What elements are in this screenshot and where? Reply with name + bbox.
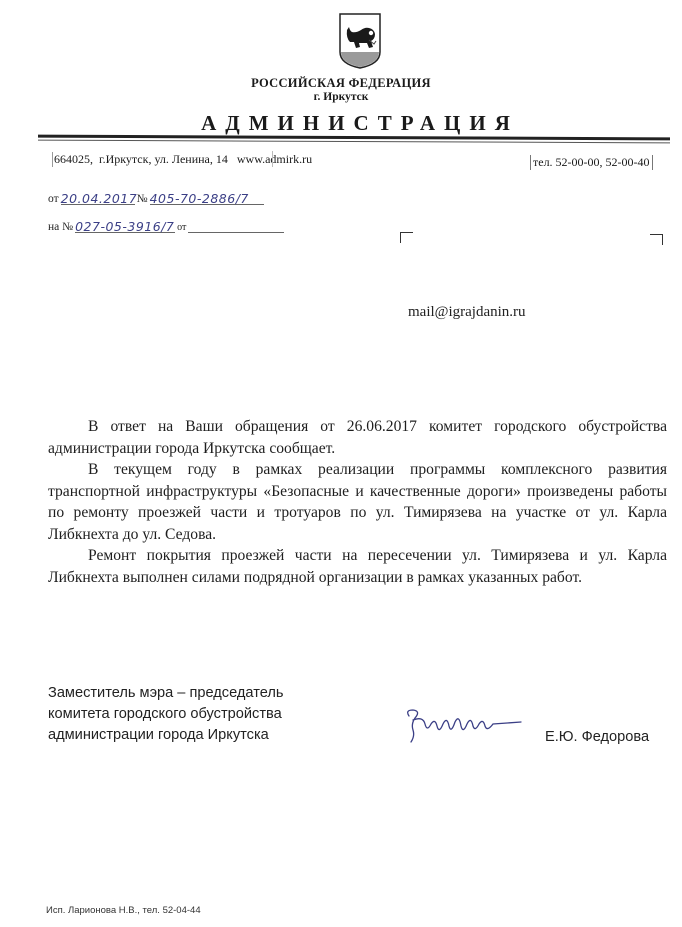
recipient-email: mail@igrajdanin.ru xyxy=(408,304,526,321)
body-paragraph-3: Ремонт покрытия проезжей части на пересе… xyxy=(48,545,667,588)
reply-label: на № xyxy=(48,221,73,233)
body-paragraph-1: В ответ на Ваши обращения от 26.06.2017 … xyxy=(48,416,667,459)
organization-phones: тел. 52-00-00, 52-00-40 xyxy=(530,155,653,170)
incoming-ref-row: на № 027-05-3916/7 от xyxy=(48,218,284,233)
country-name: РОССИЙСКАЯ ФЕДЕРАЦИЯ xyxy=(0,76,682,91)
paragraph-text: В ответ на Ваши обращения от 26.06.2017 … xyxy=(48,416,667,459)
organization-title: АДМИНИСТРАЦИЯ xyxy=(0,111,682,136)
handwritten-signature xyxy=(403,706,523,746)
city-name: г. Иркутск xyxy=(0,91,682,103)
number-field: 405-70-2886/7 xyxy=(150,190,264,205)
number-value: 405-70-2886/7 xyxy=(150,191,249,206)
number-label: № xyxy=(137,193,148,205)
organization-address: 664025, г.Иркутск, ул. Ленина, 14 www.ad… xyxy=(52,152,312,167)
position-line: администрации города Иркутска xyxy=(48,725,283,746)
reply-date-field xyxy=(188,218,284,233)
position-line: комитета городского обустройства xyxy=(48,704,283,725)
address-corner-right xyxy=(650,234,663,245)
date-value: 20.04.2017 xyxy=(61,191,138,206)
signer-name: Е.Ю. Федорова xyxy=(545,729,649,745)
outgoing-ref-row: от 20.04.2017 № 405-70-2886/7 xyxy=(48,190,264,205)
reply-number-value: 027-05-3916/7 xyxy=(75,219,174,234)
header-rule-thin xyxy=(38,140,670,144)
reply-number-field: 027-05-3916/7 xyxy=(75,218,175,233)
paragraph-text: Ремонт покрытия проезжей части на пересе… xyxy=(48,545,667,588)
date-label: от xyxy=(48,193,59,205)
executor-note: Исп. Ларионова Н.В., тел. 52-04-44 xyxy=(46,905,201,916)
address-divider xyxy=(272,151,273,167)
address-corner-left xyxy=(400,232,413,243)
date-field: 20.04.2017 xyxy=(61,190,135,205)
coat-of-arms-icon xyxy=(338,12,382,70)
body-paragraph-2: В текущем году в рамках реализации прогр… xyxy=(48,459,667,545)
paragraph-text: В текущем году в рамках реализации прогр… xyxy=(48,459,667,545)
position-line: Заместитель мэра – председатель xyxy=(48,683,283,704)
reply-date-label: от xyxy=(177,222,186,233)
signer-position: Заместитель мэра – председатель комитета… xyxy=(48,683,283,746)
